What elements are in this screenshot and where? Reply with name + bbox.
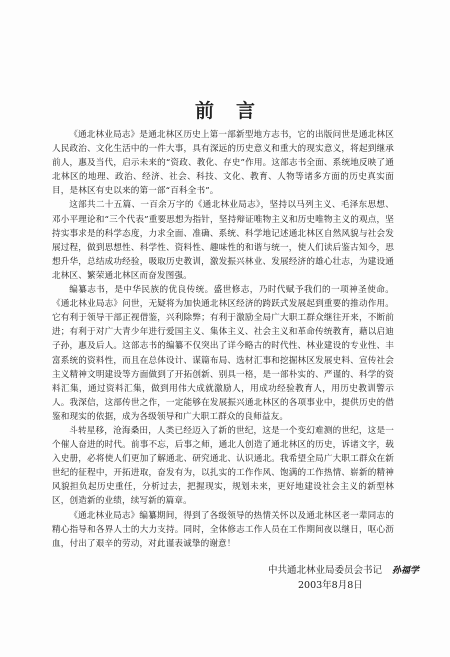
document-body: 《通北林业局志》是通北林区历史上第一部新型地方志书，它的出版问世是通北林区人民政…	[52, 128, 394, 551]
paragraph-4: 斗转星移，沧海桑田，人类已经迈入了新的世纪，这是一个变幻难测的世纪，这是一个催人…	[52, 424, 394, 509]
paragraph-5: 《通北林业局志》编纂期间，得到了各级领导的热情关怀以及通北林区老一辈同志的精心指…	[52, 509, 394, 551]
signature-date: 2003年8月8日	[298, 577, 363, 591]
page-title: 前言	[0, 96, 450, 123]
signer-name: 孙福学	[392, 566, 419, 576]
document-page: 前言 《通北林业局志》是通北林区历史上第一部新型地方志书，它的出版问世是通北林区…	[0, 0, 450, 657]
paragraph-2: 这部共二十五篇、一百余万字的《通北林业局志》，坚持以马列主义、毛泽东思想、邓小平…	[52, 198, 394, 283]
paragraph-1: 《通北林业局志》是通北林区历史上第一部新型地方志书，它的出版问世是通北林区人民政…	[52, 128, 394, 198]
signature-line: 中共通北林业局委员会书记孙福学	[268, 562, 419, 576]
signer-position: 中共通北林业局委员会书记	[268, 565, 382, 576]
paragraph-3: 编纂志书，是中华民族的优良传统。盛世修志，乃时代赋予我们的一项神圣使命。《通北林…	[52, 283, 394, 424]
